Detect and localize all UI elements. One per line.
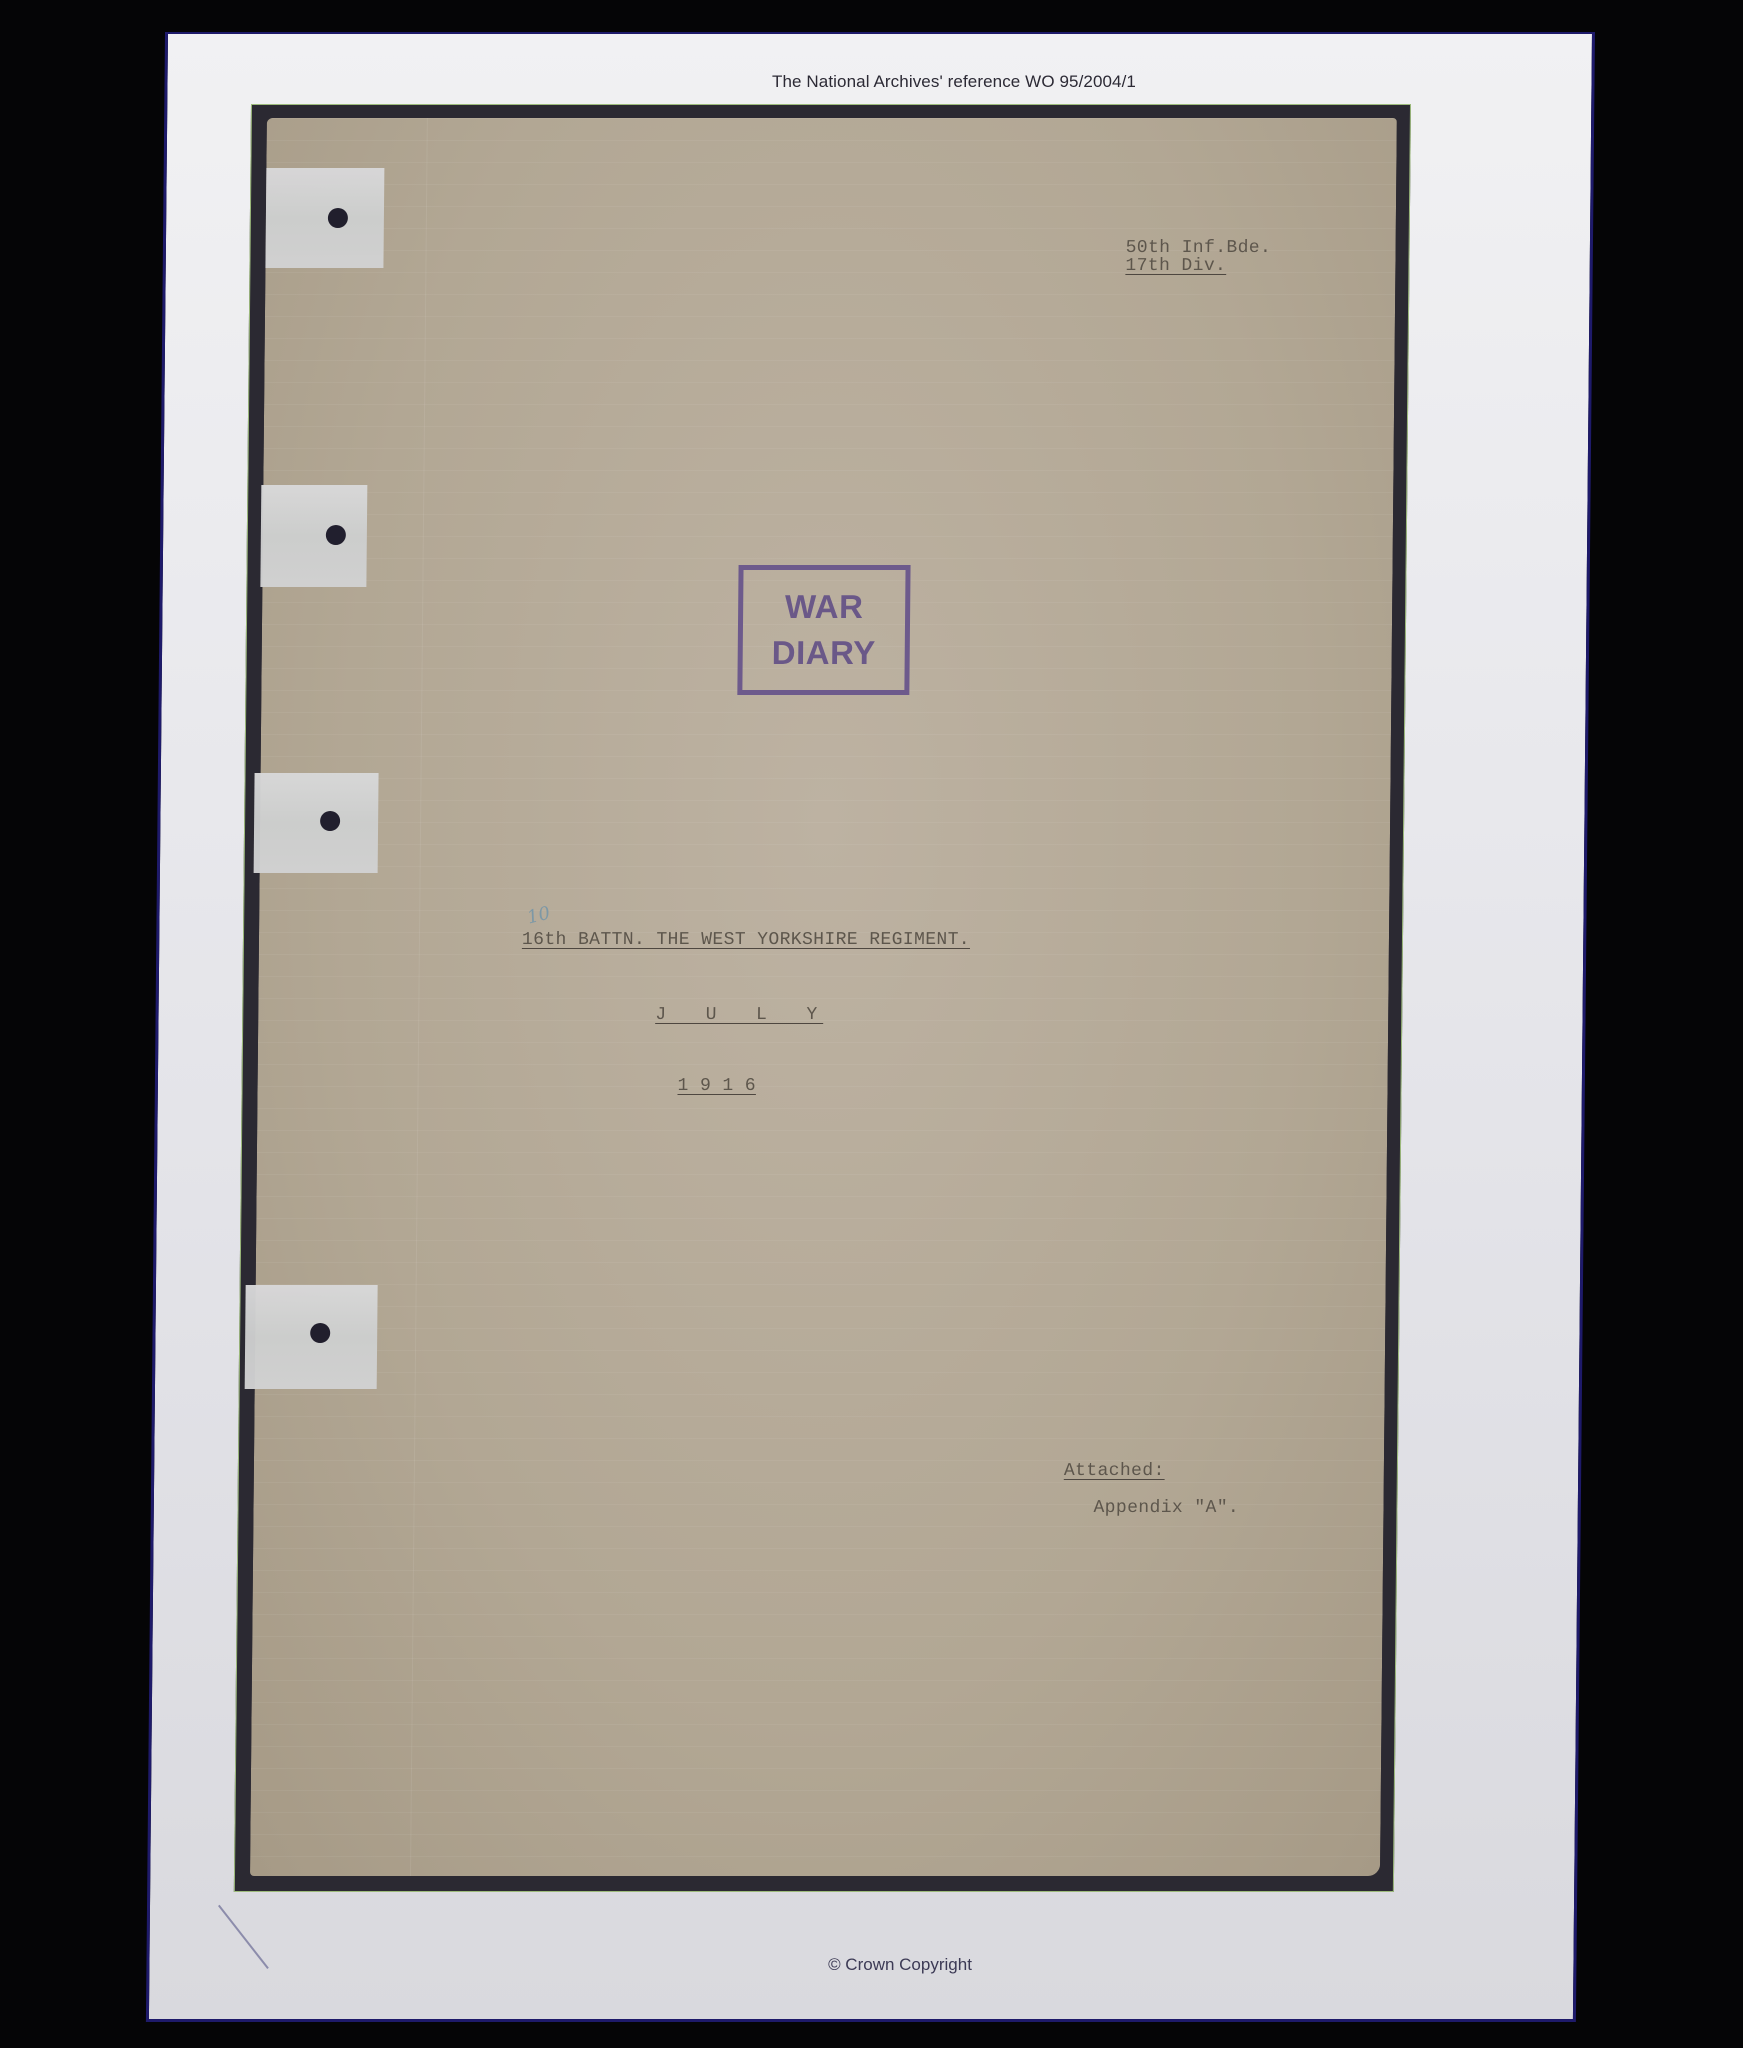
punched-hole-icon — [320, 811, 340, 831]
punched-hole-icon — [326, 525, 346, 545]
crown-copyright-footer: © Crown Copyright — [760, 1955, 1040, 1975]
month-label: J U L Y — [655, 1005, 823, 1025]
appendix-reference: Appendix "A". — [1093, 1498, 1239, 1518]
year-label: 1 9 1 6 — [677, 1076, 756, 1096]
archive-reference-header: The National Archives' reference WO 95/2… — [714, 72, 1194, 92]
division-label: 17th Div. — [1125, 256, 1226, 276]
stamp-line-diary: DIARY — [772, 630, 876, 676]
war-diary-stamp: WAR DIARY — [737, 565, 910, 695]
binding-tape — [260, 485, 367, 587]
pencil-annotation: 10 — [525, 903, 552, 929]
attached-label: Attached: — [1064, 1461, 1165, 1481]
punched-hole-icon — [310, 1323, 330, 1343]
scanned-document-frame: 50th Inf.Bde. 17th Div. WAR DIARY 10 16t… — [234, 104, 1411, 1892]
brigade-label: 50th Inf.Bde. — [1126, 238, 1272, 258]
binding-tape — [254, 773, 379, 873]
binding-tape — [265, 168, 384, 268]
unit-title: 16th BATTN. THE WEST YORKSHIRE REGIMENT. — [522, 930, 970, 950]
war-diary-cover: 50th Inf.Bde. 17th Div. WAR DIARY 10 16t… — [250, 118, 1397, 1876]
stamp-line-war: WAR — [785, 584, 864, 630]
binding-tape — [245, 1285, 378, 1389]
paper-crease — [410, 118, 428, 1876]
punched-hole-icon — [328, 208, 348, 228]
